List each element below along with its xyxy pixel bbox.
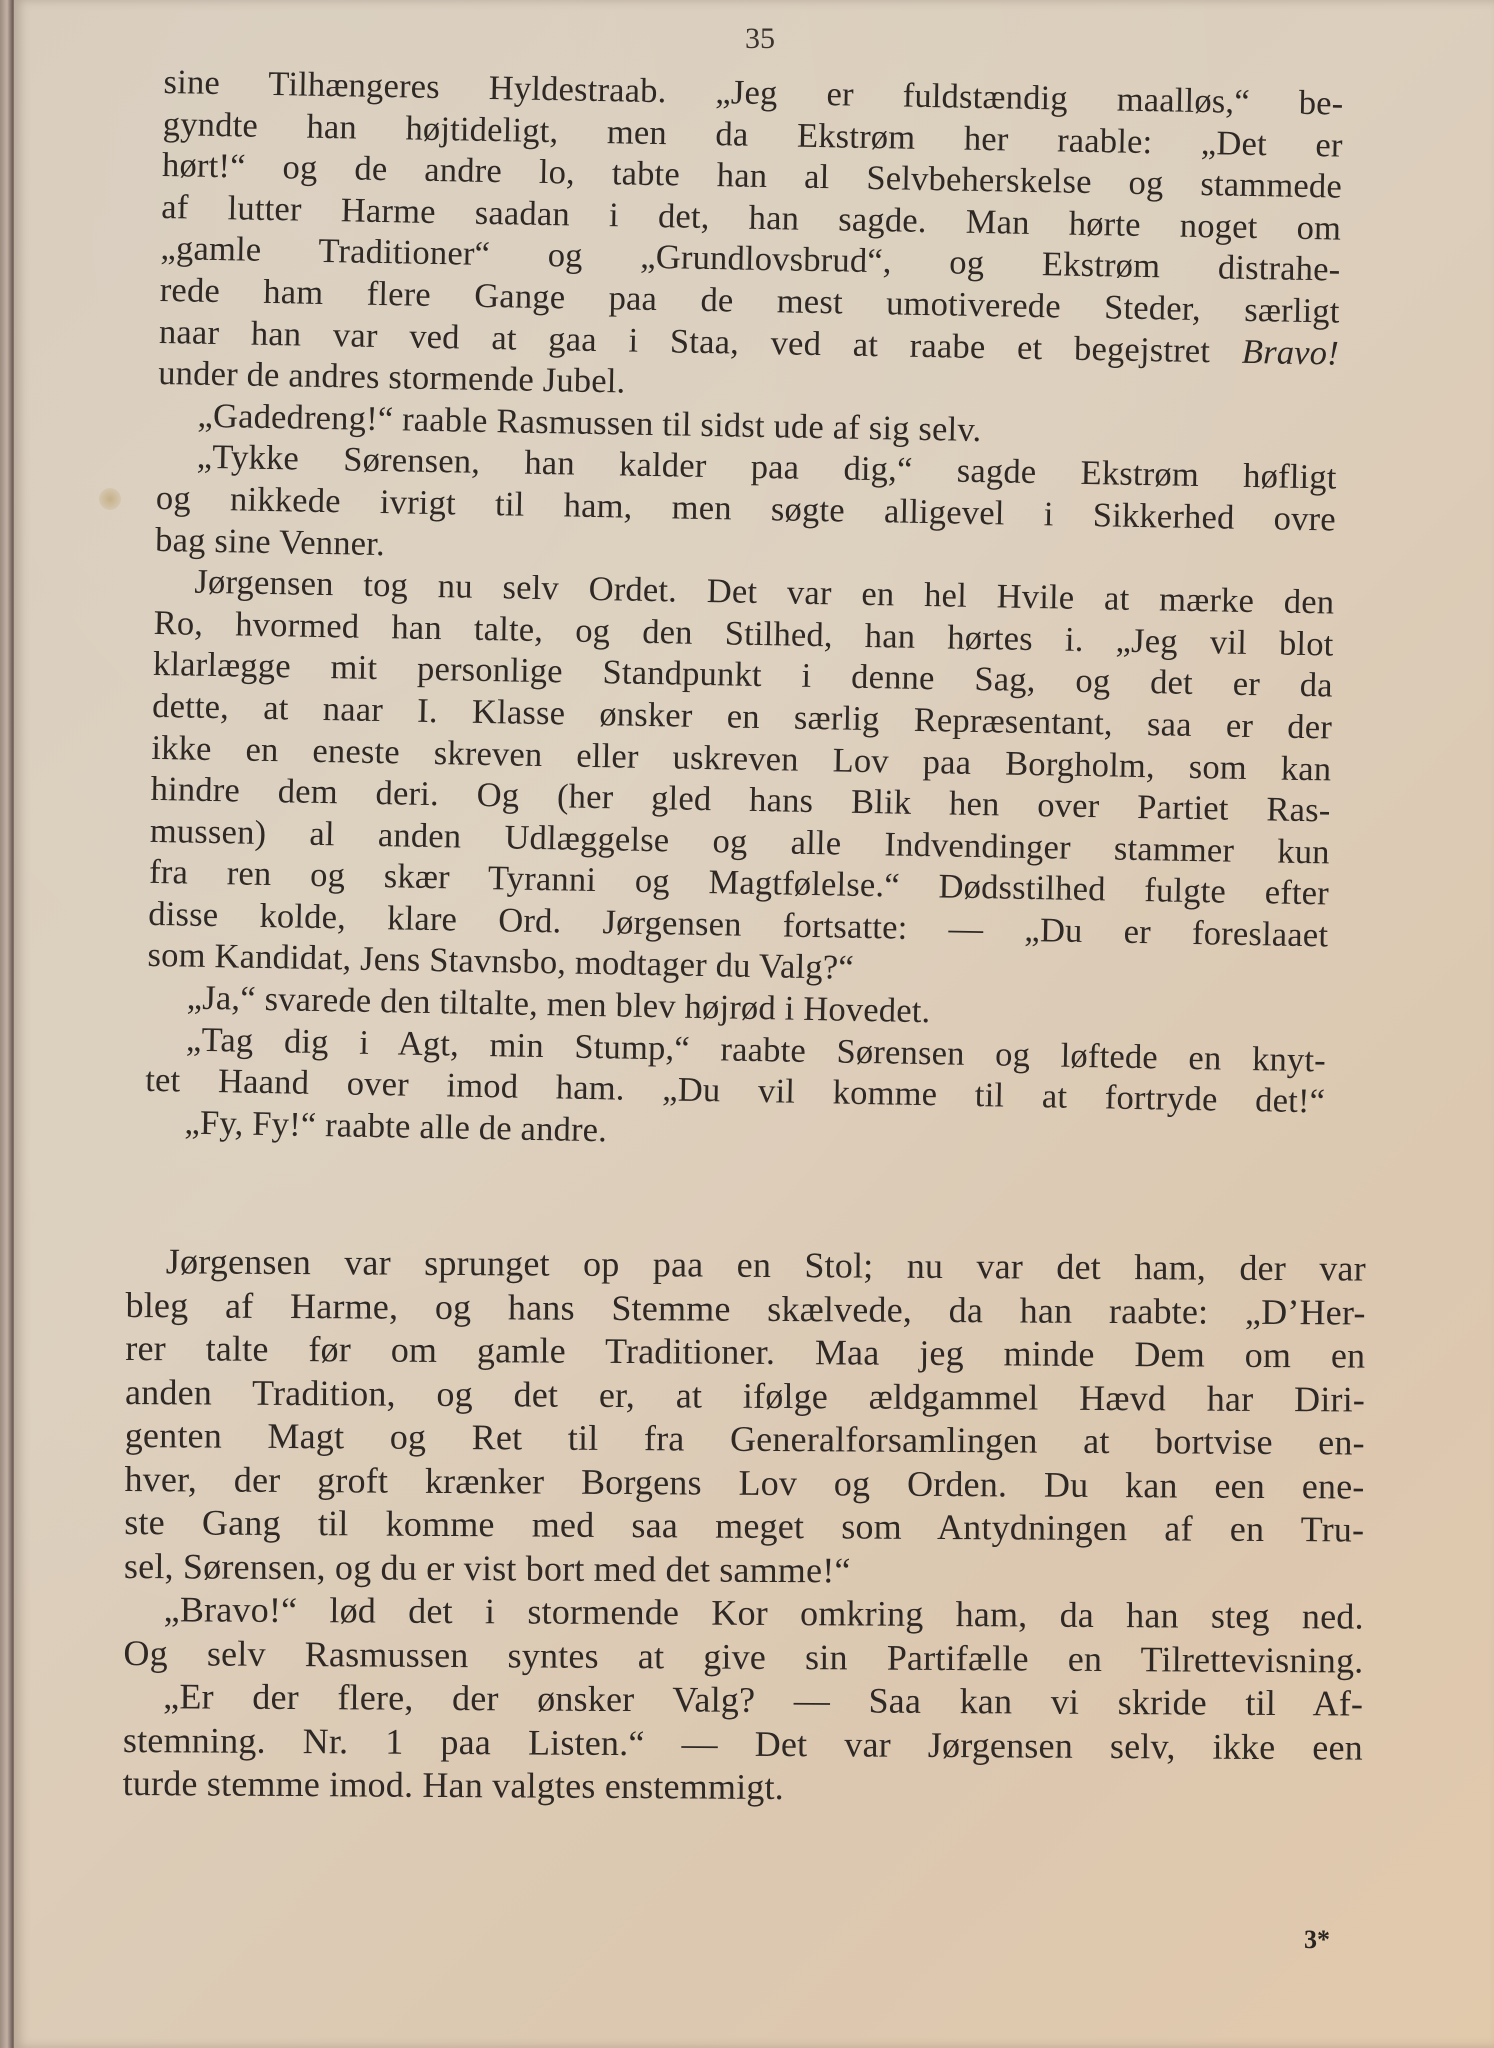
text-line: bleg af Harme, og hans Stemme skælvede, … [125, 1283, 1365, 1334]
body-text-lower: Jørgensen var sprunget op paa en Stol; n… [123, 1240, 1366, 1813]
text-line: Jørgensen var sprunget op paa en Stol; n… [126, 1240, 1366, 1291]
signature-mark: 3* [1304, 1925, 1330, 1955]
line-text: Og selv Rasmussen syntes at give sin Par… [123, 1632, 1363, 1680]
line-text: hver, der groft krænker Borgens Lov og O… [124, 1458, 1364, 1506]
text-line: ste Gang til komme med saa meget som Ant… [124, 1501, 1364, 1552]
line-text: anden Tradition, og det er, at ifølge æl… [125, 1371, 1365, 1419]
line-text: under de andres stormende Jubel. [158, 354, 626, 401]
line-text: bleg af Harme, og hans Stemme skælvede, … [125, 1284, 1365, 1332]
text-line: sel, Sørensen, og du er vist bort med de… [124, 1544, 1364, 1595]
line-text: „Fy, Fy!“ raabte alle de andre. [184, 1103, 607, 1149]
line-text: bag sine Venner. [155, 520, 385, 562]
text-line: hver, der groft krænker Borgens Lov og O… [124, 1457, 1364, 1508]
line-text: ste Gang til komme med saa meget som Ant… [124, 1502, 1364, 1550]
text-line: „Bravo!“ lød det i stormende Kor omkring… [124, 1588, 1364, 1639]
line-text: rer talte før om gamle Traditioner. Maa … [125, 1328, 1365, 1376]
text-line: anden Tradition, og det er, at ifølge æl… [125, 1370, 1365, 1421]
text-line: „Er der flere, der ønsker Valg? — Saa ka… [123, 1675, 1363, 1726]
text-line: stemning. Nr. 1 paa Listen.“ — Det var J… [123, 1718, 1363, 1769]
line-text: Jørgensen var sprunget op paa en Stol; n… [166, 1241, 1366, 1288]
text-line: Og selv Rasmussen syntes at give sin Par… [123, 1631, 1363, 1682]
paper-stain [99, 488, 121, 510]
line-text: genten Magt og Ret til fra Generalforsam… [125, 1415, 1365, 1463]
text-line: turde stemme imod. Han valgtes enstemmig… [123, 1762, 1363, 1813]
page-number: 35 [14, 22, 1494, 56]
text-line: genten Magt og Ret til fra Generalforsam… [125, 1414, 1365, 1465]
book-spine-edge [0, 0, 14, 2048]
line-text: „Bravo!“ lød det i stormende Kor omkring… [164, 1589, 1364, 1636]
body-text-upper: sine Tilhængeres Hyldestraab. „Jeg er fu… [144, 62, 1344, 1165]
text-line: rer talte før om gamle Traditioner. Maa … [125, 1327, 1365, 1378]
italic-word: Bravo! [1242, 332, 1340, 372]
line-text: sel, Sørensen, og du er vist bort med de… [124, 1545, 851, 1589]
book-page: 35 sine Tilhængeres Hyldestraab. „Jeg er… [14, 0, 1494, 2048]
line-text: „Er der flere, der ønsker Valg? — Saa ka… [163, 1676, 1363, 1723]
line-text: turde stemme imod. Han valgtes enstemmig… [123, 1763, 785, 1807]
line-text: stemning. Nr. 1 paa Listen.“ — Det var J… [123, 1719, 1363, 1767]
